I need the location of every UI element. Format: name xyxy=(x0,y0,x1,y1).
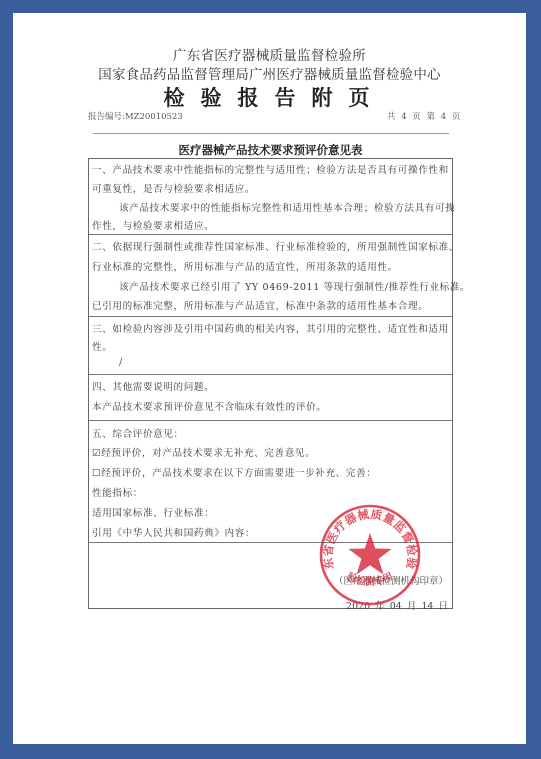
section-1-question: 可重复性，是否与检验要求相适应。 xyxy=(92,181,255,195)
section-4-row: 四、其他需要说明的问题。 本产品技术要求预评价意见不含临床有效性的评价。 xyxy=(89,375,452,421)
option-needs-improvement[interactable]: ☐经预评价，产品技术要求在以下方面需要进一步补充、完善： xyxy=(92,465,376,479)
section-3-question: 三、如检验内容涉及引用中国药典的相关内容，其引用的完整性、适宜性和适用 xyxy=(92,321,449,335)
section-5-heading: 五、综合评价意见： xyxy=(92,426,184,440)
section-5-row: 五、综合评价意见： ☑经预评价，对产品技术要求无补充、完善意见。 ☐经预评价，产… xyxy=(89,421,452,543)
section-1-row: 一、产品技术要求中性能指标的完整性与适用性；检验方法是否具有可操作性和 可重复性… xyxy=(89,159,452,235)
section-2-question: 行业标准的完整性，所用标准与产品的适宜性，所用条款的适用性。 xyxy=(92,259,398,273)
section-3-answer: / xyxy=(119,357,122,368)
section-4-question: 四、其他需要说明的问题。 xyxy=(92,379,214,393)
item-performance: 性能指标： xyxy=(92,485,143,499)
report-page: 广东省医疗器械质量监督检验所 国家食品药品监督管理局广州医疗器械质量监督检验中心… xyxy=(13,13,526,744)
section-1-question: 一、产品技术要求中性能指标的完整性与适用性；检验方法是否具有可操作性和 xyxy=(92,162,449,176)
item-pharmacopoeia: 引用《中华人民共和国药典》内容： xyxy=(92,525,255,539)
header-divider xyxy=(93,133,449,134)
table-title: 医疗器械产品技术要求预评价意见表 xyxy=(88,142,453,158)
option-no-comments[interactable]: ☑经预评价，对产品技术要求无补充、完善意见。 xyxy=(92,445,315,459)
section-4-answer: 本产品技术要求预评价意见不含临床有效性的评价。 xyxy=(92,399,326,413)
stamp-caption: （医疗器械检测机构印章） xyxy=(334,573,448,587)
checkbox-checked-icon[interactable]: ☑ xyxy=(92,448,101,459)
page-title: 检验报告附页 xyxy=(13,82,526,112)
section-2-answer: 该产品技术要求已经引用了 YY 0469-2011 等现行强制性/推荐性行业标准… xyxy=(119,279,470,293)
section-1-answer: 作性，与检验要求相适应。 xyxy=(92,218,214,232)
section-3-row: 三、如检验内容涉及引用中国药典的相关内容，其引用的完整性、适宜性和适用 性。 / xyxy=(89,317,452,375)
section-2-answer: 已引用的标准完整，所用标准与产品适宜，标准中条款的适用性基本合理。 xyxy=(92,298,428,312)
page-count: 共 4 页 第 4 页 xyxy=(387,110,460,122)
section-1-answer: 该产品技术要求中的性能指标完整性和适用性基本合理；检验方法具有可操 xyxy=(119,200,455,214)
option-label: 经预评价，产品技术要求在以下方面需要进一步补充、完善： xyxy=(101,468,376,479)
section-2-row: 二、依据现行强制性或推荐性国家标准、行业标准检验的，所用强制性国家标准、 行业标… xyxy=(89,235,452,317)
section-2-question: 二、依据现行强制性或推荐性国家标准、行业标准检验的，所用强制性国家标准、 xyxy=(92,239,459,253)
org-name-line2: 国家食品药品监督管理局广州医疗器械质量监督检验中心 xyxy=(13,63,526,83)
sign-date: 2020 年 04 月 14 日 xyxy=(346,598,448,612)
evaluation-table: 一、产品技术要求中性能指标的完整性与适用性；检验方法是否具有可操作性和 可重复性… xyxy=(88,158,453,609)
org-name-line1: 广东省医疗器械质量监督检验所 xyxy=(13,44,526,64)
checkbox-unchecked-icon[interactable]: ☐ xyxy=(92,468,101,479)
option-label: 经预评价，对产品技术要求无补充、完善意见。 xyxy=(101,448,315,459)
item-standards: 适用国家标准、行业标准： xyxy=(92,505,214,519)
report-number: 报告编号:MZ20010523 xyxy=(88,110,183,122)
section-3-question: 性。 xyxy=(92,339,112,353)
signature-row: （医疗器械检测机构印章） 2020 年 04 月 14 日 xyxy=(89,543,452,608)
